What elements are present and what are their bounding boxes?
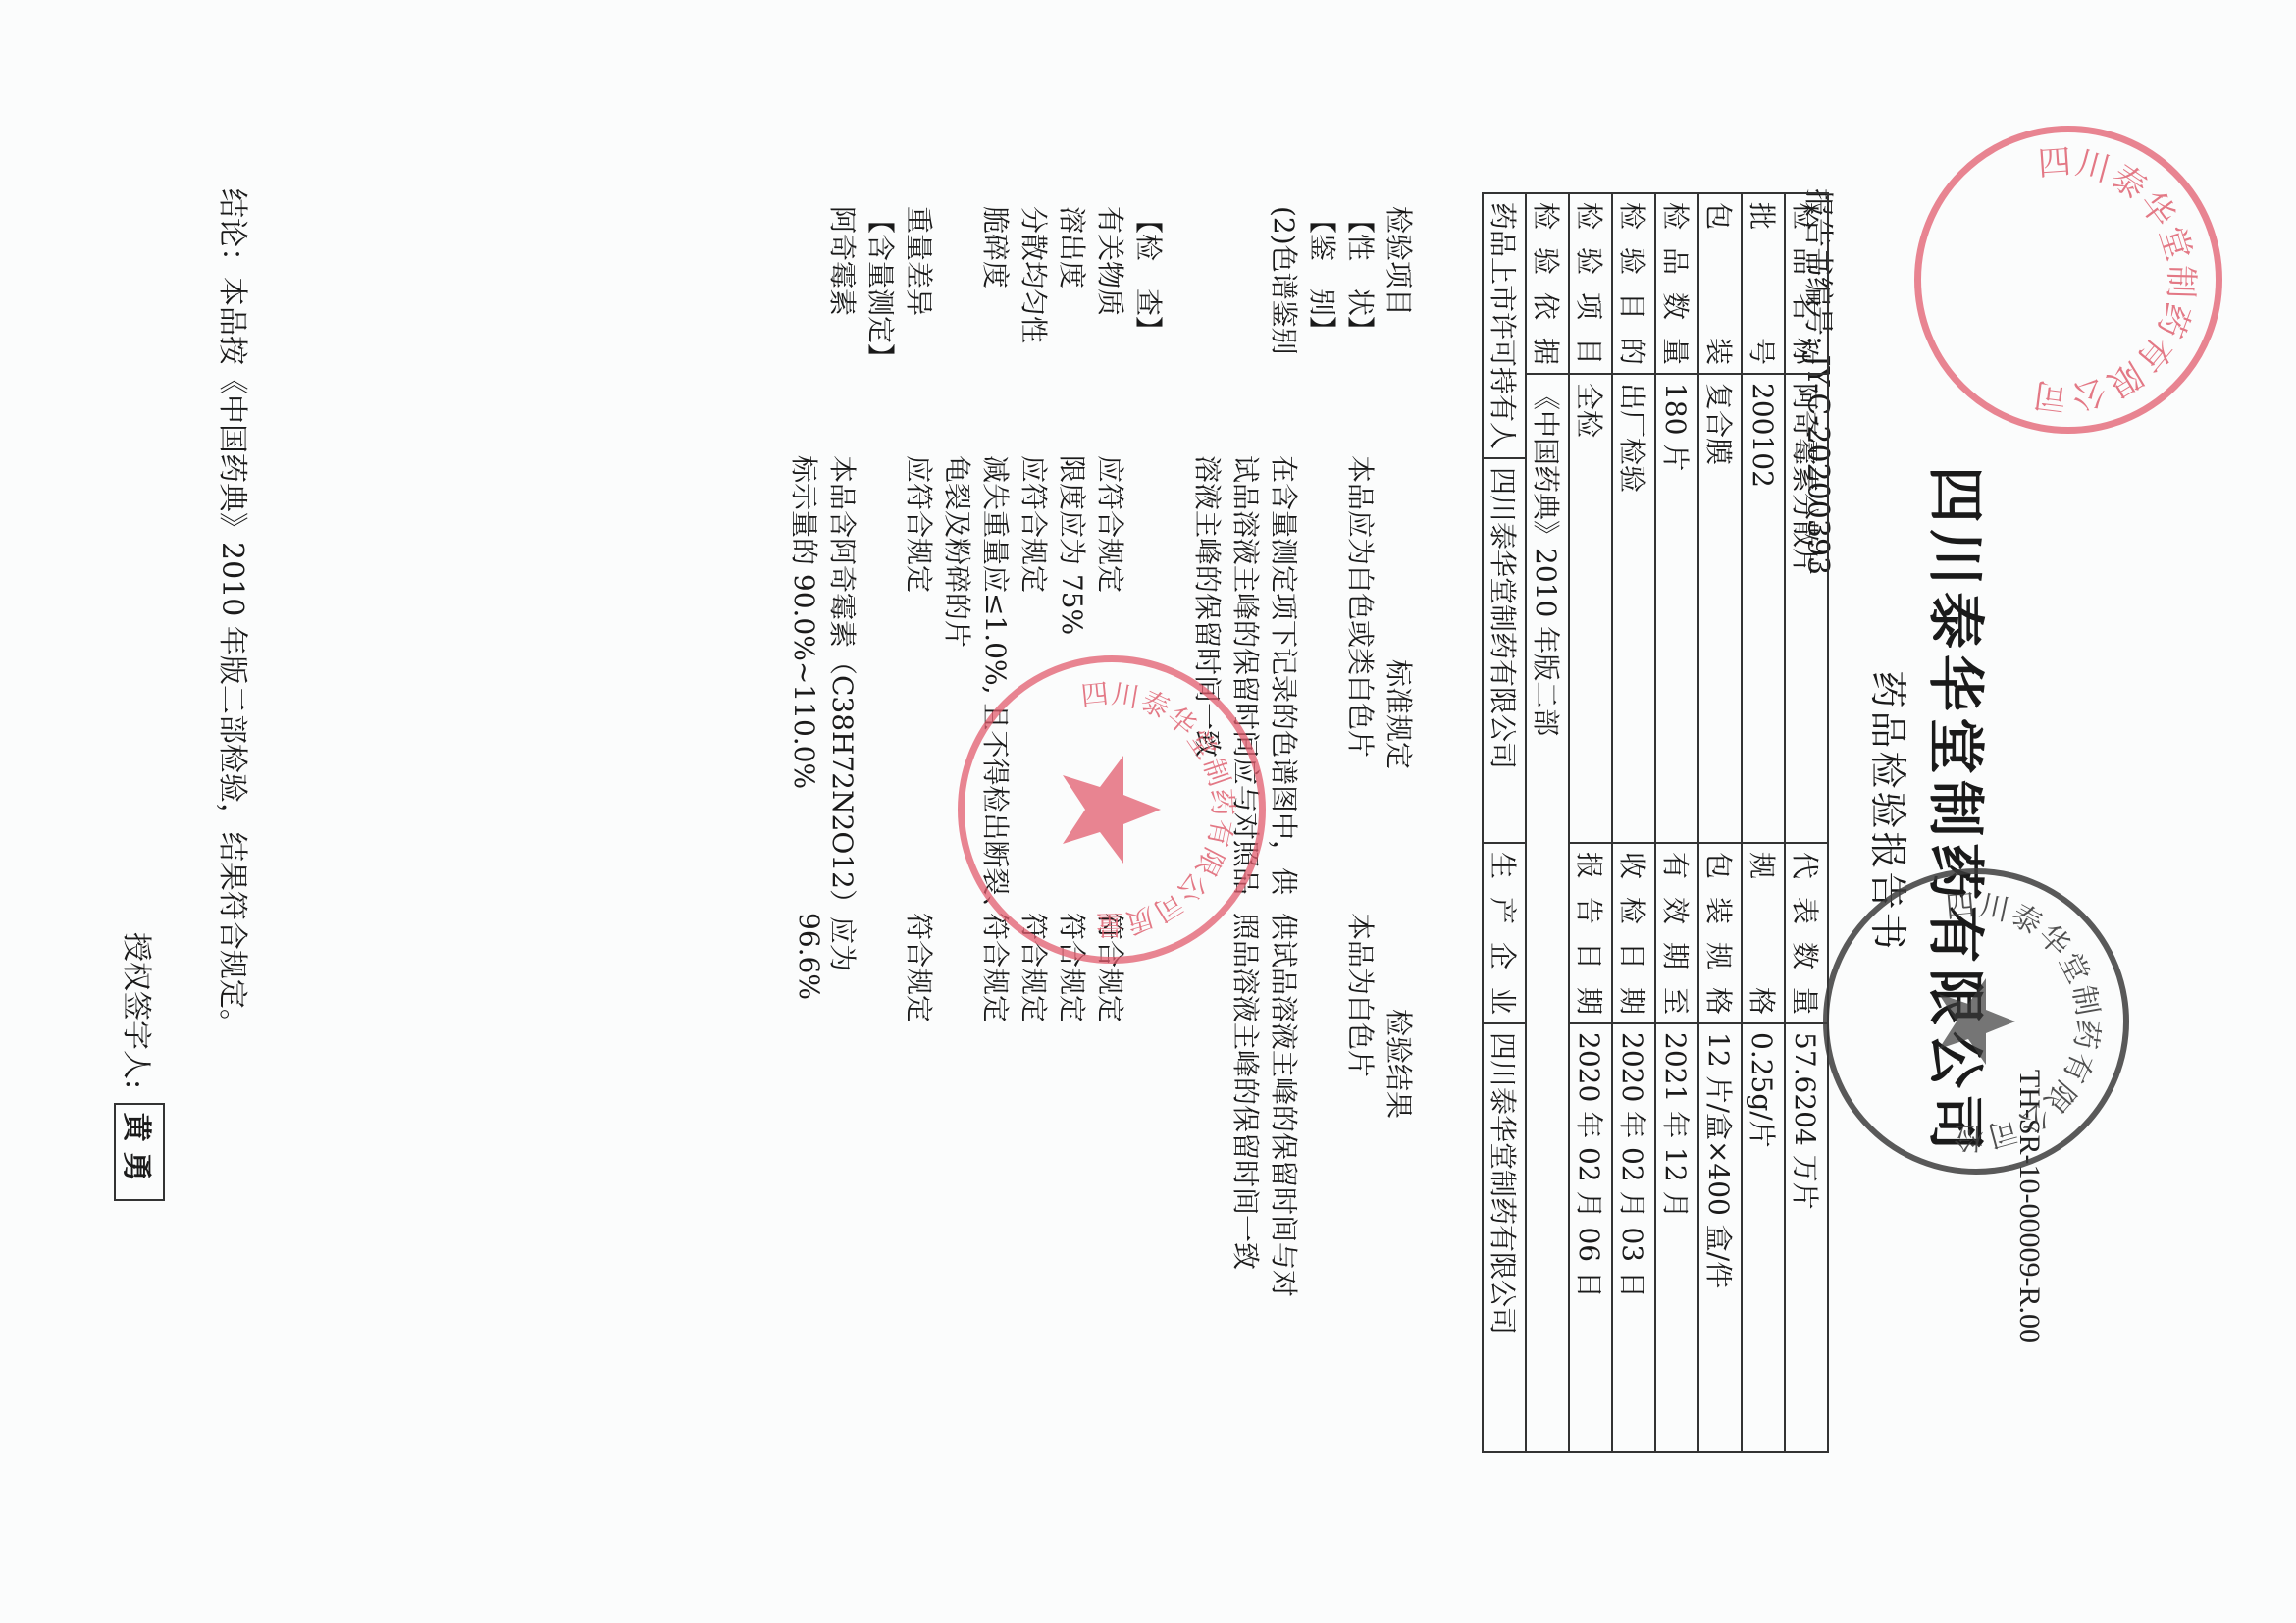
standard-assay-1: 本品含阿奇霉素（C38H72N2O12）应为 (824, 455, 863, 971)
info-table: 检品名称 阿奇霉素分散片 代表数量 57.6204 万片 批 号 200102 … (1482, 192, 1829, 1453)
result-hplc-id-2: 照品溶液主峰的保留时间一致 (1227, 913, 1267, 1270)
standard-dispersion: 应符合规定 (1016, 455, 1055, 593)
value-expiry: 2021 年 12 月 (1655, 1023, 1698, 1452)
label-batch: 批 号 (1742, 193, 1785, 374)
section-appearance: 【性 状】 (1342, 206, 1382, 343)
value-purpose: 出厂检验 (1612, 374, 1655, 843)
label-packaging: 包 装 (1698, 193, 1742, 374)
item-dispersion: 分散均匀性 (1016, 206, 1055, 343)
value-sample-qty: 180 片 (1655, 374, 1698, 843)
label-purpose: 检验目的 (1612, 193, 1655, 374)
quality-seal-red-middle: 四川泰华堂制药有限公司质量管理专用章 (958, 655, 1266, 964)
item-hplc-id: (2)色谱鉴别 (1266, 206, 1305, 355)
section-tests: 【检 查】 (1130, 206, 1170, 343)
seal-text: 四川泰华堂制药有限公司检验专用章 (2029, 132, 2216, 417)
item-friability: 脆碎度 (977, 206, 1017, 288)
item-weight-variation: 重量差异 (901, 206, 940, 316)
seal-ring-icon: 四川泰华堂制药有限公司质量管理专用章 (965, 662, 1259, 957)
standard-friability-2: 龟裂及粉碎的片 (939, 455, 978, 648)
standard-appearance: 本品应为白色或类白色片 (1342, 455, 1382, 758)
report-page: TH-SR-10-00009-R.00 四川泰华堂制药有限公司 药品检验报告书 … (0, 0, 2296, 1623)
value-quantity: 57.6204 万片 (1785, 1023, 1828, 1452)
col-header-result: 检验结果 (1381, 1009, 1420, 1119)
value-basis: 《中国药典》2010 年版二部 (1526, 374, 1569, 1452)
col-header-item: 检验项目 (1381, 206, 1420, 316)
value-spec: 0.25g/片 (1742, 1023, 1785, 1452)
label-receipt-date: 收检日期 (1612, 843, 1655, 1023)
inspection-seal-gray: 四川泰华堂制药有限公司检验专用章 (1823, 868, 2129, 1175)
authorized-signer: 授权签字人: 黄勇 (114, 932, 165, 1201)
label-quantity: 代表数量 (1785, 843, 1828, 1023)
table-row: 包 装 复合膜 包装规格 12 片/盒×400 盒/件 (1698, 193, 1742, 1452)
col-header-standard: 标准规定 (1381, 659, 1420, 769)
value-receipt-date: 2020 年 02 月 03 日 (1612, 1023, 1655, 1452)
seal-ring-icon: 四川泰华堂制药有限公司检验专用章 (1921, 132, 2216, 427)
section-assay: 【含量测定】 (862, 206, 902, 371)
label-manufacturer: 生产企业 (1483, 843, 1526, 1023)
table-row: 药品上市许可持有人 四川泰华堂制药有限公司 生产企业 四川泰华堂制药有限公司 (1483, 193, 1526, 1452)
signature-stamp: 黄勇 (114, 1103, 165, 1201)
label-pack-spec: 包装规格 (1698, 843, 1742, 1023)
standard-assay-2: 标示量的 90.0%~110.0% (786, 455, 825, 789)
holder-cell: 药品上市许可持有人 四川泰华堂制药有限公司 (1483, 193, 1526, 843)
standard-related-substances: 应符合规定 (1092, 455, 1131, 593)
value-mah: 四川泰华堂制药有限公司 (1485, 459, 1524, 777)
standard-dissolution: 限度应为 75% (1054, 455, 1093, 635)
table-row: 检验项目 全检 报告日期 2020 年 02 月 06 日 (1569, 193, 1612, 1452)
label-product-name: 检品名称 (1785, 193, 1828, 374)
item-dissolution: 溶出度 (1054, 206, 1093, 288)
table-row: 检验目的 出厂检验 收检日期 2020 年 02 月 03 日 (1612, 193, 1655, 1452)
svg-text:四川泰华堂制药有限公司检验专用章: 四川泰华堂制药有限公司检验专用章 (2029, 132, 2216, 417)
label-report-date: 报告日期 (1569, 843, 1612, 1023)
standard-hplc-id-1: 在含量测定项下记录的色谱图中，供 (1266, 455, 1305, 895)
value-manufacturer: 四川泰华堂制药有限公司 (1483, 1023, 1526, 1452)
value-pack-spec: 12 片/盒×400 盒/件 (1698, 1023, 1742, 1452)
section-identification: 【鉴 别】 (1304, 206, 1343, 343)
table-row: 检品名称 阿奇霉素分散片 代表数量 57.6204 万片 (1785, 193, 1828, 1452)
inspection-seal-red-top: 四川泰华堂制药有限公司检验专用章 (1914, 126, 2222, 434)
label-basis: 检验依据 (1526, 193, 1569, 374)
label-test-items: 检验项目 (1569, 193, 1612, 374)
star-icon (1939, 978, 2015, 1065)
item-related-substances: 有关物质 (1092, 206, 1131, 316)
table-row: 批 号 200102 规 格 0.25g/片 (1742, 193, 1785, 1452)
result-appearance: 本品为白色片 (1342, 913, 1382, 1077)
label-mah: 药品上市许可持有人 (1484, 194, 1525, 459)
signer-label: 授权签字人: (119, 932, 153, 1089)
value-batch: 200102 (1742, 374, 1785, 843)
report-title: 药品检验报告书 (1864, 0, 1918, 1623)
label-sample-qty: 检品数量 (1655, 193, 1698, 374)
seal-ring-icon: 四川泰华堂制药有限公司检验专用章 (1829, 874, 2123, 1169)
standard-weight-variation: 应符合规定 (901, 455, 940, 593)
value-product-name: 阿奇霉素分散片 (1785, 374, 1828, 843)
result-hplc-id-1: 供试品溶液主峰的保留时间与对 (1266, 913, 1305, 1297)
star-icon (1063, 756, 1161, 864)
value-test-items: 全检 (1569, 374, 1612, 843)
value-report-date: 2020 年 02 月 06 日 (1569, 1023, 1612, 1452)
result-assay: 96.6% (793, 913, 825, 1000)
label-spec: 规 格 (1742, 843, 1785, 1023)
table-row: 检验依据 《中国药典》2010 年版二部 (1526, 193, 1569, 1452)
item-azithromycin: 阿奇霉素 (824, 206, 863, 316)
value-packaging: 复合膜 (1698, 374, 1742, 843)
conclusion: 结论：本品按《中国药典》2010 年版二部检验，结果符合规定。 (214, 188, 257, 1038)
table-row: 检品数量 180 片 有效期至 2021 年 12 月 (1655, 193, 1698, 1452)
label-expiry: 有效期至 (1655, 843, 1698, 1023)
result-weight-variation: 符合规定 (901, 913, 940, 1022)
